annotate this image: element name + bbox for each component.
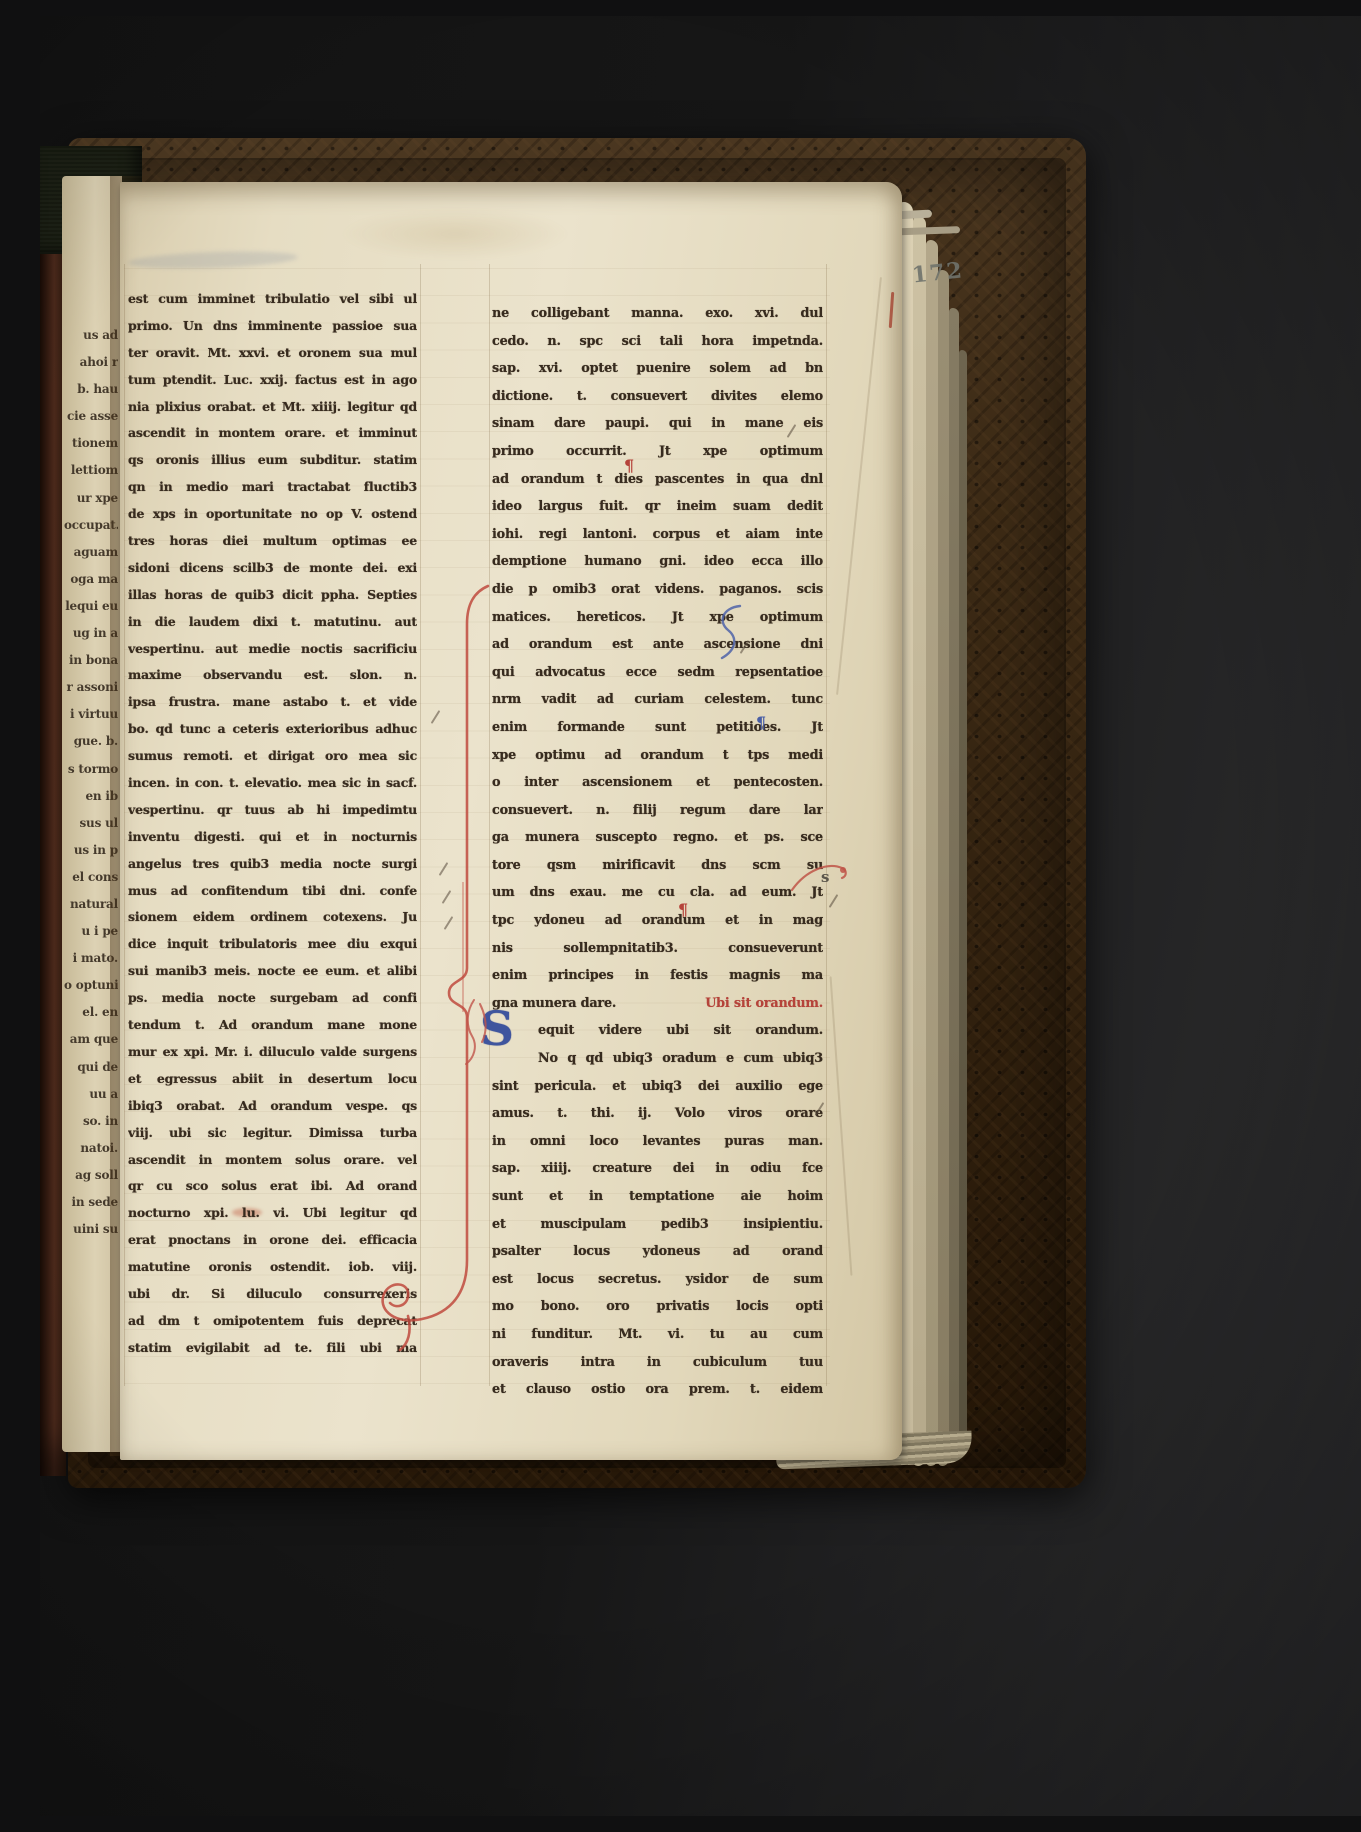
manuscript-text-line: maxime observandu est. slon. n. — [128, 662, 417, 689]
manuscript-text-line: die p omib3 orat videns. paganos. scis — [492, 576, 823, 604]
manuscript-text-line: nrm vadit ad curiam celestem. tunc — [492, 686, 823, 714]
manuscript-text-line: sap. xvi. optet puenire solem ad bn — [492, 355, 823, 383]
fore-edge-page-layer — [926, 240, 938, 1466]
manuscript-text-line: vespertinu. aut medie noctis sacrificiu — [128, 636, 417, 663]
manuscript-text-line: mur ex xpi. Mr. i. diluculo valde surgen… — [128, 1039, 417, 1066]
manuscript-photograph: us adahoi rb. haucie assetionemlettiomur… — [40, 16, 1361, 1816]
manuscript-text-line: est locus secretus. ysidor de sum — [492, 1266, 823, 1294]
text-column-right-upper: ne colligebant manna. exo. xvi. dulcedo.… — [492, 300, 823, 990]
manuscript-text-line: ascendit in montem orare. et imminut — [128, 420, 417, 447]
manuscript-text-line: sunt et in temptatione aie hoim — [492, 1183, 823, 1211]
manuscript-text-line: ad orandum t dies pascentes in qua dnl — [492, 466, 823, 494]
manuscript-text-line: ter oravit. Mt. xxvi. et oronem sua mul — [128, 340, 417, 367]
manuscript-text-line: bo. qd tunc a ceteris exterioribus adhuc — [128, 716, 417, 743]
ruling-vertical — [489, 264, 490, 1386]
ruling-vertical — [826, 264, 827, 1386]
manuscript-text-line: primo occurrit. Jt xpe optimum — [492, 438, 823, 466]
manuscript-text-line: qr cu sco solus erat ibi. Ad orand — [128, 1173, 417, 1200]
manuscript-text-line: et egressus abiit in desertum locu — [128, 1066, 417, 1093]
manuscript-text-line: oraveris intra in cubiculum tuu — [492, 1349, 823, 1377]
manuscript-text-line: mo bono. oro privatis locis opti — [492, 1293, 823, 1321]
manuscript-text-line: tres horas diei multum optimas ee — [128, 528, 417, 555]
manuscript-text-line: sidoni dicens scilb3 de monte dei. exi — [128, 555, 417, 582]
red-paraph-mark: ¶ — [624, 456, 634, 475]
manuscript-text-line: matutine oronis ostendit. iob. viij. — [128, 1254, 417, 1281]
manuscript-text-line: ne colligebant manna. exo. xvi. dul — [492, 300, 823, 328]
ruling-vertical — [420, 264, 421, 1386]
marginal-annotation-letter: s — [821, 868, 829, 886]
fore-edge-page-layer — [959, 350, 967, 1454]
blue-paraph-mark: ¶ — [756, 713, 766, 732]
manuscript-text-line: ad dm t omipotentem fuis deprecat — [128, 1308, 417, 1335]
manuscript-text-line: ipsa frustra. mane astabo t. et vide — [128, 689, 417, 716]
manuscript-text-line: tore qsm mirificavit dns scm su — [492, 852, 823, 880]
manuscript-text-line: qui advocatus ecce sedm repsentatioe — [492, 659, 823, 687]
manuscript-text-line: cedo. n. spc sci tali hora impetnda. — [492, 328, 823, 356]
manuscript-text-line: incen. in con. t. elevatio. mea sic in s… — [128, 770, 417, 797]
manuscript-text-line: ubi dr. Si diluculo consurrexeris — [128, 1281, 417, 1308]
parchment-stain — [340, 208, 570, 260]
manuscript-text-line: sui manib3 meis. nocte ee eum. et alibi — [128, 958, 417, 985]
manuscript-text-line: sap. xiiij. creature dei in odiu fce — [492, 1155, 823, 1183]
manuscript-text-line: No q qd ubiq3 oradum e cum ubiq3 — [492, 1045, 823, 1073]
manuscript-text-line: enim principes in festis magnis ma — [492, 962, 823, 990]
manuscript-text-line: sumus remoti. et dirigat oro mea sic — [128, 743, 417, 770]
manuscript-text-line: matices. hereticos. Jt xpe optimum — [492, 604, 823, 632]
manuscript-text-line: mus ad confitendum tibi dni. confe — [128, 878, 417, 905]
manuscript-text-line: inventu digesti. qui et in nocturnis — [128, 824, 417, 851]
manuscript-text-line: o inter ascensionem et pentecosten. — [492, 769, 823, 797]
manuscript-text-line: erat pnoctans in orone dei. efficacia — [128, 1227, 417, 1254]
manuscript-text-line: in omni loco levantes puras man. — [492, 1128, 823, 1156]
manuscript-text-line: dice inquit tribulatoris mee diu exqui — [128, 931, 417, 958]
manuscript-text-line: amus. t. thi. ij. Volo viros orare — [492, 1100, 823, 1128]
manuscript-text-line: ad orandum est ante ascensione dni — [492, 631, 823, 659]
manuscript-text-line: nis sollempnitatib3. consueverunt — [492, 935, 823, 963]
folio-number: 172 — [911, 257, 965, 288]
fore-edge-page-layer — [938, 270, 949, 1466]
manuscript-text-line: est cum imminet tribulatio vel sibi ul — [128, 286, 417, 313]
rubric-line: gna munera dare. Ubi sit orandum. — [492, 990, 823, 1018]
manuscript-text-line: de xps in oportunitate no op V. ostend — [128, 501, 417, 528]
fore-edge-page-layer — [913, 216, 926, 1466]
manuscript-text-line: psalter locus ydoneus ad orand — [492, 1238, 823, 1266]
manuscript-text-line: ibiq3 orabat. Ad orandum vespe. qs — [128, 1093, 417, 1120]
manuscript-text-line: ni funditur. Mt. vi. tu au cum — [492, 1321, 823, 1349]
manuscript-text-line: enim formande sunt petitioes. Jt — [492, 714, 823, 742]
manuscript-text-line: ga munera suscepto regno. et ps. sce — [492, 824, 823, 852]
manuscript-text-line: sionem eidem ordinem cotexens. Ju — [128, 904, 417, 931]
manuscript-text-line: sinam dare paupi. qui in mane eis — [492, 410, 823, 438]
rubric-text: Ubi sit orandum. — [705, 990, 823, 1018]
manuscript-text-line: illas horas de quib3 dicit ppha. Septies — [128, 582, 417, 609]
manuscript-text-line: equit videre ubi sit orandum. — [492, 1017, 823, 1045]
manuscript-text-line: statim evigilabit ad te. fili ubi ma — [128, 1335, 417, 1362]
manuscript-text-line: et clauso ostio ora prem. t. eidem — [492, 1376, 823, 1404]
manuscript-text-line: in die laudem dixi t. matutinu. aut — [128, 609, 417, 636]
ruling-vertical — [124, 264, 125, 1386]
manuscript-text-line: qs oronis illius eum subditur. statim — [128, 447, 417, 474]
manuscript-text-line: ideo largus fuit. qr ineim suam dedit — [492, 493, 823, 521]
manuscript-text-line: xpe optimu ad orandum t tps medi — [492, 742, 823, 770]
manuscript-text-line: vespertinu. qr tuus ab hi impedimtu — [128, 797, 417, 824]
manuscript-text-line: qn in medio mari tractabat fluctib3 — [128, 474, 417, 501]
manuscript-text-line: tendum t. Ad orandum mane mone — [128, 1012, 417, 1039]
illuminated-initial-S: S — [477, 1002, 517, 1060]
manuscript-text-line: demptione humano gni. ideo ecca illo — [492, 548, 823, 576]
manuscript-text-line: sint pericula. et ubiq3 dei auxilio ege — [492, 1073, 823, 1101]
manuscript-text-line: tpc ydoneu ad orandum et in mag — [492, 907, 823, 935]
manuscript-text-line: nia plixius orabat. et Mt. xiiij. legitu… — [128, 394, 417, 421]
manuscript-text-line: primo. Un dns imminente passioe sua — [128, 313, 417, 340]
text-column-right-lower: equit videre ubi sit orandum.No q qd ubi… — [492, 1017, 823, 1403]
manuscript-text-line: tum ptendit. Luc. xxij. factus est in ag… — [128, 367, 417, 394]
text-column-right: ne colligebant manna. exo. xvi. dulcedo.… — [492, 300, 823, 1404]
manuscript-text-line: ps. media nocte surgebam ad confi — [128, 985, 417, 1012]
manuscript-text-line: ascendit in montem solus orare. vel — [128, 1147, 417, 1174]
manuscript-text-line: iohi. regi lantoni. corpus et aiam inte — [492, 521, 823, 549]
manuscript-text-line: consuevert. n. filij regum dare lar — [492, 797, 823, 825]
manuscript-text-line: nocturno xpi. lu. vi. Ubi legitur qd — [128, 1200, 417, 1227]
manuscript-text-line: um dns exau. me cu cla. ad eum. Jt — [492, 879, 823, 907]
manuscript-text-line: angelus tres quib3 media nocte surgi — [128, 851, 417, 878]
red-paraph-mark: ¶ — [678, 900, 688, 919]
fore-edge-page-layer — [949, 308, 959, 1462]
text-column-left: est cum imminet tribulatio vel sibi ulpr… — [128, 286, 417, 1362]
manuscript-text-line: et muscipulam pedib3 insipientiu. — [492, 1211, 823, 1239]
manuscript-text-line: dictione. t. consuevert divites elemo — [492, 383, 823, 411]
manuscript-text-line: viij. ubi sic legitur. Dimissa turba — [128, 1120, 417, 1147]
